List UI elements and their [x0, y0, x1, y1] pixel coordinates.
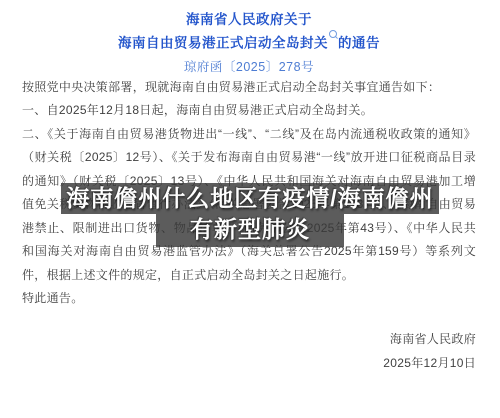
annotation-circle-icon: [329, 30, 337, 38]
caption-line-2: 有新型肺炎: [156, 214, 344, 247]
paragraph-intro: 按照党中央决策部署，现就海南自由贸易港正式启动全岛封关事宜通告如下：: [22, 76, 476, 100]
paragraph-closing: 特此通告。: [22, 287, 476, 311]
issue-date: 2025年12月10日: [22, 351, 476, 375]
notice-title-line2-suffix: 的通告: [338, 36, 380, 51]
notice-title-line2-text: 海南自由贸易港正式启动全岛封关: [118, 36, 328, 51]
document-number: 琼府函〔2025〕278号: [22, 58, 476, 76]
caption-line-2-wrap: 有新型肺炎: [0, 214, 500, 247]
notice-title-line2: 海南自由贸易港正式启动全岛封关的通告: [22, 30, 476, 54]
paragraph-item-1: 一、自2025年12月18日起，海南自由贸易港正式启动全岛封关。: [22, 99, 476, 123]
caption-line-1-wrap: 海南儋州什么地区有疫情/海南儋州: [0, 183, 500, 214]
caption-overlay: 海南儋州什么地区有疫情/海南儋州 有新型肺炎: [0, 183, 500, 247]
issuer-name: 海南省人民政府: [22, 327, 476, 351]
notice-title-line1: 海南省人民政府关于: [22, 9, 476, 30]
caption-line-1: 海南儋州什么地区有疫情/海南儋州: [61, 183, 438, 214]
signature-block: 海南省人民政府 2025年12月10日: [22, 327, 476, 375]
